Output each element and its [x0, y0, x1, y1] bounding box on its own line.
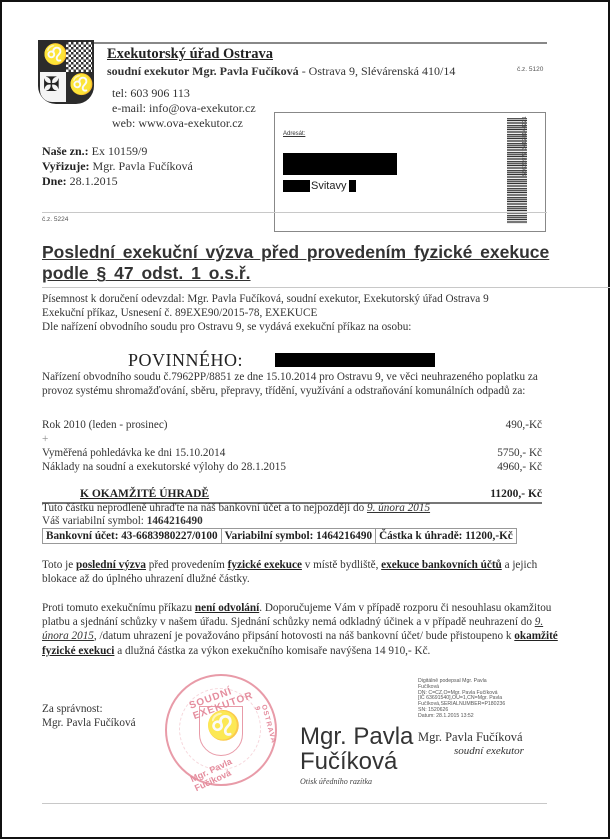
- address-city: Svitavy: [311, 180, 346, 192]
- correctness-label: Za správnost:: [42, 702, 136, 716]
- executor-name: soudní exekutor Mgr. Pavla Fučíková: [107, 64, 299, 78]
- variable-symbol-line: Váš variabilní symbol: 1464216490: [42, 515, 203, 527]
- pay-deadline: 9. února 2015: [367, 502, 430, 514]
- fee-amount: 4960,- Kč: [497, 461, 542, 473]
- digisig-line: Datum: 28.1.2015 13:52: [418, 714, 528, 720]
- title-line-1: Poslední exekuční výzva před provedením …: [42, 242, 549, 263]
- stamp-name-line: Mgr. Pavla: [300, 724, 413, 749]
- addressee-label: Adresát:: [283, 131, 305, 137]
- signer-role: soudní exekutor: [454, 745, 524, 757]
- table-row: Bankovní účet: 43-6683980227/0100 Variab…: [43, 529, 517, 544]
- redacted-zip: [283, 180, 310, 192]
- header-rule: [42, 42, 547, 44]
- web-link[interactable]: web: www.ova-exekutor.cz: [112, 116, 256, 131]
- cz-code-top: č.z. 5120: [517, 66, 543, 73]
- stamp-name-line: Fučíková: [300, 749, 413, 774]
- page-title: Poslední exekuční výzva před provedením …: [42, 242, 549, 284]
- title-line-2: podle § 47 odst. 1 o.s.ř.: [42, 263, 549, 284]
- fee-row: Vyměřená pohledávka ke dni 15.10.2014575…: [42, 447, 542, 459]
- document-page: ♌ ✠ ♌ Exekutorský úřad Ostrava soudní ex…: [0, 0, 610, 839]
- redacted-suffix: [349, 180, 356, 192]
- date: Dne: 28.1.2015: [42, 174, 193, 189]
- intro-line: Písemnost k doručení odevzdal: Mgr. Pavl…: [42, 292, 489, 306]
- text: , /datum uhrazení je považováno připsání…: [94, 630, 514, 642]
- variable-symbol: Variabilní symbol: 1464216490: [221, 529, 376, 544]
- appeal-paragraph: Proti tomuto exekučnímu příkazu není odv…: [42, 601, 562, 658]
- office-subtitle: soudní exekutor Mgr. Pavla Fučíková - Os…: [107, 64, 455, 79]
- emphasis: exekuce bankovních účtů: [381, 559, 502, 571]
- intro-block: Písemnost k doručení odevzdal: Mgr. Pavl…: [42, 292, 489, 335]
- text: a dlužná částka za výkon exekučního komi…: [114, 645, 430, 657]
- emphasis: není odvolání: [195, 602, 259, 614]
- fee-label: Rok 2010 (leden - prosinec): [42, 419, 168, 431]
- coat-of-arms-icon: ♌ ✠ ♌: [38, 40, 94, 104]
- address-window: Adresát: Svitavy 56623977 34128144221: [274, 112, 546, 232]
- bank-account: Bankovní účet: 43-6683980227/0100: [43, 529, 222, 544]
- stamp-name: Mgr. Pavla Fučíková: [300, 724, 413, 774]
- emphasis: poslední výzva: [76, 559, 146, 571]
- fee-row: Rok 2010 (leden - prosinec)490,-Kč: [42, 419, 542, 431]
- pay-instruction: Tuto částku neprodleně uhraďte na náš ba…: [42, 502, 430, 514]
- amount-due: Částka k úhradě: 11200,-Kč: [376, 529, 517, 544]
- handled-by: Vyřizuje: Mgr. Pavla Fučíková: [42, 159, 193, 174]
- fee-amount: 5750,- Kč: [497, 447, 542, 459]
- text: Proti tomuto exekučnímu příkazu: [42, 602, 195, 614]
- cz-code-mid: č.z. 5224: [42, 216, 68, 223]
- signer-name: Mgr. Pavla Fučíková: [418, 730, 523, 745]
- total-amount: 11200,- Kč: [490, 488, 542, 500]
- office-name: Exekutorský úřad Ostrava: [107, 46, 273, 63]
- redacted-name: [283, 153, 397, 175]
- contact-block: tel: 603 906 113 e-mail: info@ova-exekut…: [112, 86, 256, 131]
- date-label: Dne:: [42, 174, 67, 188]
- stamp-caption: Otisk úředního razítka: [300, 777, 372, 786]
- bank-details-table: Bankovní účet: 43-6683980227/0100 Variab…: [42, 528, 517, 544]
- intro-line: Dle nařízení obvodního soudu pro Ostravu…: [42, 320, 489, 334]
- reference-block: Naše zn.: Ex 10159/9 Vyřizuje: Mgr. Pavl…: [42, 144, 193, 189]
- title-separator: [42, 287, 610, 288]
- footer-rule: [42, 803, 547, 804]
- intro-line: Exekuční příkaz, Usnesení č. 89EXE90/201…: [42, 306, 489, 320]
- fee-row: Náklady na soudní a exekutorské výlohy d…: [42, 461, 542, 473]
- phone: tel: 603 906 113: [112, 86, 256, 101]
- our-ref: Naše zn.: Ex 10159/9: [42, 144, 193, 159]
- official-stamp-icon: ♌ SOUDNÍ EXEKUTOR OSTRAVA 9 Mgr. Pavla F…: [165, 674, 277, 786]
- vs-value: 1464216490: [147, 515, 203, 527]
- order-text: Nařízení obvodního soudu č.7962PP/8851 z…: [42, 370, 562, 398]
- fee-label: +: [42, 433, 48, 445]
- text: před provedením: [146, 559, 228, 571]
- fee-row: +: [42, 433, 542, 445]
- date-value: 28.1.2015: [67, 174, 118, 188]
- fee-amount: 490,-Kč: [506, 419, 542, 431]
- handled-by-label: Vyřizuje:: [42, 159, 90, 173]
- total-label: K OKAMŽITÉ ÚHRADĚ: [80, 488, 209, 500]
- our-ref-label: Naše zn.:: [42, 144, 89, 158]
- email-link[interactable]: e-mail: info@ova-exekutor.cz: [112, 101, 256, 116]
- barcode-number: 56623977 34128144221: [522, 166, 528, 176]
- pay-instruction-text: Tuto částku neprodleně uhraďte na náš ba…: [42, 502, 367, 514]
- warning-paragraph: Toto je poslední výzva před provedením f…: [42, 558, 562, 586]
- digital-signature: Digitálně podepsal Mgr. Pavla Fučíková D…: [418, 679, 528, 720]
- correctness-name: Mgr. Pavla Fučíková: [42, 716, 136, 730]
- text: v místě bydliště,: [302, 559, 381, 571]
- vs-label: Váš variabilní symbol:: [42, 515, 147, 527]
- fee-label: Vyměřená pohledávka ke dni 15.10.2014: [42, 447, 225, 459]
- office-address: - Ostrava 9, Slévárenská 410/14: [299, 64, 456, 78]
- text: Toto je: [42, 559, 76, 571]
- emphasis: fyzické exekuce: [228, 559, 302, 571]
- separator: [42, 212, 547, 213]
- obligor-label: POVINNÉHO:: [128, 350, 243, 371]
- correctness-block: Za správnost: Mgr. Pavla Fučíková: [42, 702, 136, 730]
- redacted-obligor: [275, 353, 435, 367]
- handled-by-value: Mgr. Pavla Fučíková: [90, 159, 193, 173]
- fee-label: Náklady na soudní a exekutorské výlohy d…: [42, 461, 286, 473]
- our-ref-value: Ex 10159/9: [89, 144, 148, 158]
